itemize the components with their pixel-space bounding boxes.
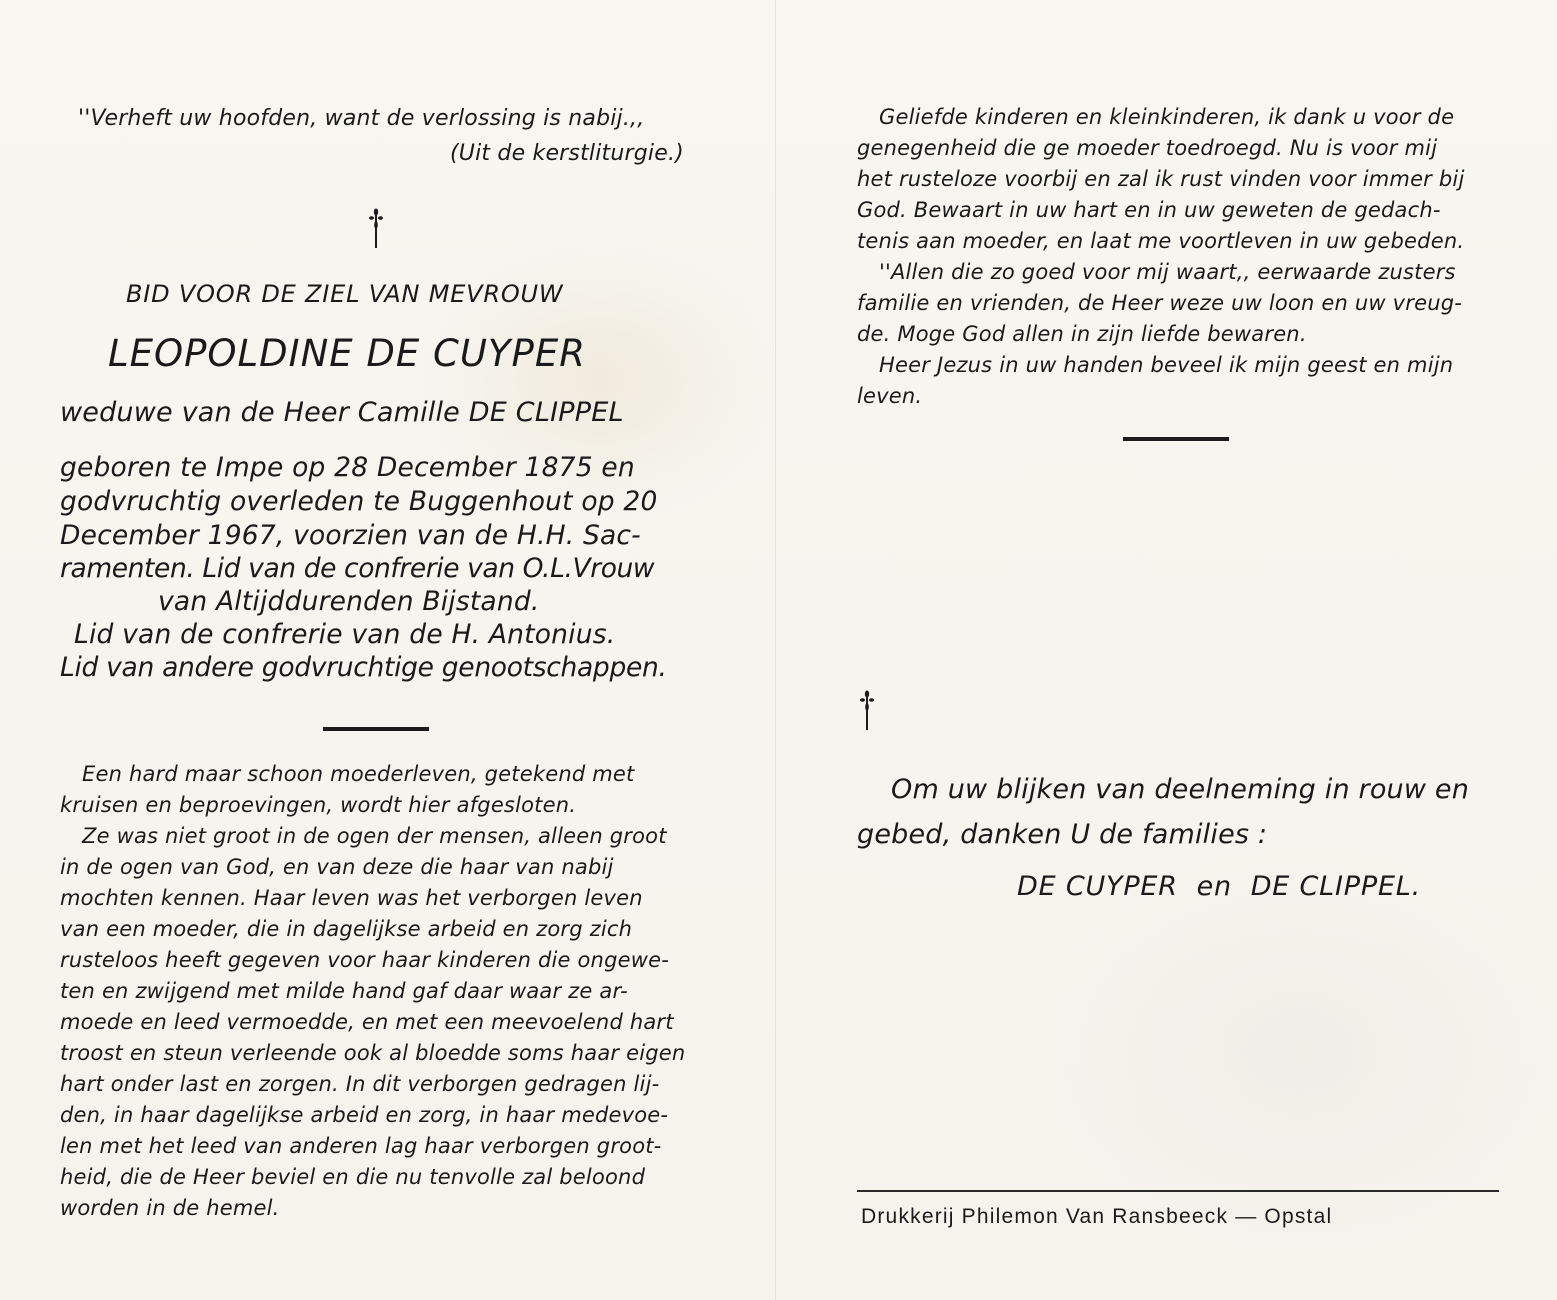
cross-icon [369,208,383,248]
body-line: len met het leed van anderen lag haar ve… [60,1134,661,1158]
section-divider [323,727,429,731]
body-line: moede en leed vermoedde, en met een meev… [60,1010,674,1034]
section-divider [1123,437,1229,441]
farewell-line: Geliefde kinderen en kleinkinderen, ik d… [879,105,1454,129]
body-line: rusteloos heeft gegeven voor haar kinder… [60,948,669,972]
farewell-line: tenis aan moeder, en laat me voortleven … [857,229,1464,253]
families-signature: DE CUYPER en DE CLIPPEL. [1017,871,1421,902]
body-line: ten en zwijgend met milde hand gaf daar … [60,979,628,1003]
farewell-line: ''Allen die zo goed voor mij waart,, eer… [879,260,1456,284]
spouse-line: weduwe van de Heer Camille DE CLIPPEL [60,397,624,428]
body-line: Een hard maar schoon moederleven, geteke… [82,762,634,786]
prayer-heading: BID VOOR DE ZIEL VAN MEVROUW [126,280,563,308]
farewell-line: het rusteloze voorbij en zal ik rust vin… [857,167,1465,191]
epigraph-quote: ''Verheft uw hoofden, want de verlossing… [78,106,644,131]
fold-line [775,0,776,1300]
bio-line: Lid van de confrerie van de H. Antonius. [74,619,615,650]
bio-line: ramenten. Lid van de confrerie van O.L.V… [60,553,654,584]
body-line: den, in haar dagelijkse arbeid en zorg, … [60,1103,668,1127]
printer-credit: Drukkerij Philemon Van Ransbeeck — Opsta… [861,1205,1332,1229]
farewell-line: familie en vrienden, de Heer weze uw loo… [857,291,1462,315]
body-line: worden in de hemel. [60,1196,280,1220]
body-line: Ze was niet groot in de ogen der mensen,… [82,824,667,848]
cross-icon [860,690,874,730]
body-line: mochten kennen. Haar leven was het verbo… [60,886,643,910]
bio-line: geboren te Impe op 28 December 1875 en [60,452,635,483]
deceased-name: LEOPOLDINE DE CUYPER [108,332,586,375]
bio-line: December 1967, voorzien van de H.H. Sac- [60,520,641,551]
thanks-line: gebed, danken U de families : [857,819,1267,850]
bio-line: van Altijddurenden Bijstand. [158,586,540,617]
body-line: in de ogen van God, en van deze die haar… [60,855,614,879]
body-line: troost en steun verleende ook al bloedde… [60,1041,685,1065]
farewell-line: Heer Jezus in uw handen beveel ik mijn g… [879,353,1453,377]
epigraph-source: (Uit de kerstliturgie.) [450,141,684,166]
bio-line: Lid van andere godvruchtige genootschapp… [60,652,667,683]
body-line: van een moeder, die in dagelijkse arbeid… [60,917,632,941]
farewell-line: leven. [857,384,922,408]
bio-line: godvruchtig overleden te Buggenhout op 2… [60,486,658,517]
farewell-line: God. Bewaart in uw hart en in uw geweten… [857,198,1441,222]
thanks-line: Om uw blijken van deelneming in rouw en [891,774,1469,805]
body-line: kruisen en beproevingen, wordt hier afge… [60,793,576,817]
farewell-line: genegenheid die ge moeder toedroegd. Nu … [857,136,1437,160]
body-line: hart onder last en zorgen. In dit verbor… [60,1072,659,1096]
farewell-line: de. Moge God allen in zijn liefde beware… [857,322,1307,346]
body-line: heid, die de Heer beviel en die nu tenvo… [60,1165,645,1189]
printer-rule [857,1190,1499,1192]
